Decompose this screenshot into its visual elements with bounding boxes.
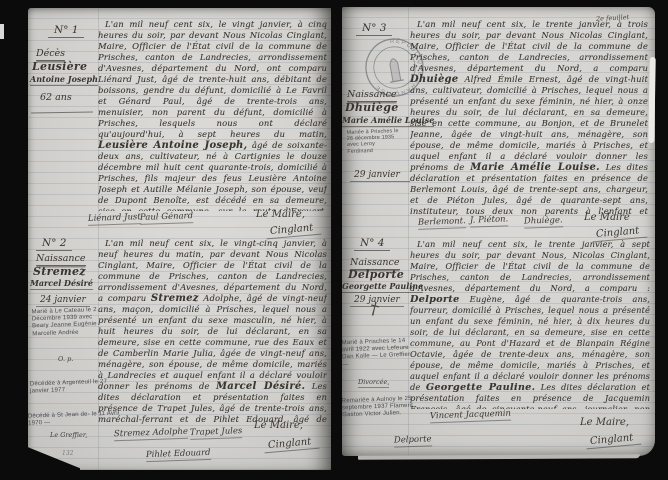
body-name-emphasis: Dhuiège [410, 74, 458, 85]
body-name-emphasis: Georgette Pauline. [426, 382, 535, 393]
record-body-text: L'an mil neuf cent six, le vingt janvier… [98, 19, 327, 211]
left-page: N° 1 Décès Leusière Antoine Joseph 62 an… [28, 8, 331, 470]
mayor-signature: Cinglant [586, 432, 642, 450]
scanned-register-spread: { "meta": { "page_marker": "2e feuillet"… [0, 0, 668, 480]
record-firstnames: Antoine Joseph [30, 74, 98, 86]
record-body-text: L'an mil neuf cent six, le trente janvie… [410, 19, 648, 216]
witness-signature: Liénard Just [88, 212, 141, 226]
witness-signature: Stremez Adolphe [114, 427, 188, 442]
mayor-title: Le Maire, [580, 417, 629, 428]
scan-black-corner [28, 442, 80, 470]
witness-signature: Vincent Jacquemin [430, 409, 511, 424]
witness-signature: Dhuiège. [524, 215, 563, 228]
body-segment: L'an mil neuf cent six, le trente janvie… [410, 19, 648, 73]
body-name-emphasis: Marie Amélie Louise. [470, 162, 600, 173]
body-segment: L'an mil neuf cent six, le vingt janvier… [98, 19, 327, 139]
margin-note-marriage: Marié à Le Cateau le 2 Décembre 1939 ave… [32, 307, 109, 338]
record-firstnames: Marcel Désiré [30, 278, 93, 290]
record-surname: Dhuiège [345, 101, 399, 114]
record-body-text: L'an mil neuf cent six, le trente janvie… [410, 239, 650, 409]
page-stack-edge [358, 454, 640, 459]
seal-figure-icon [389, 58, 401, 82]
margin-note-marriage: Marié à Prisches le 14 avril 1922 avec L… [342, 338, 413, 369]
body-segment: âgé de soixante-deux ans, cultivateur, n… [98, 140, 327, 211]
margin-rule [31, 111, 93, 113]
body-segment: Adolphe, âgé de vingt-neuf ans, maçon, d… [98, 293, 327, 391]
mayor-title: Le Maire, [254, 420, 303, 431]
margin-note-initials: O. p. [58, 356, 73, 364]
witness-signature: Berlemont. [418, 216, 466, 230]
body-name-emphasis: Leusière Antoine Joseph, [98, 140, 247, 151]
body-name-emphasis: Marcel Désiré. [216, 381, 305, 392]
mayor-signature: Cinglant [264, 436, 320, 454]
witness-signature: Delporte [394, 434, 432, 447]
record-number: N° 4 [354, 237, 390, 251]
mayor-signature: Cinglant [266, 222, 322, 240]
margin-note-clerk: Le Greffier, [50, 432, 87, 440]
record-surname: Delporte [348, 268, 404, 281]
margin-note-marriage: Mariée à Prisches le 26 décembre 1935 av… [347, 128, 400, 155]
mayor-title: Le Maire, [256, 209, 305, 220]
mayor-title: Le Maire [584, 212, 630, 223]
record-date: 24 janvier [36, 295, 90, 307]
body-segment: Alfred Émile Ernest, âgé de vingt-huit a… [410, 74, 648, 172]
margin-note-divorce: Divorcée, [358, 379, 389, 388]
body-segment: Eugène, âgé de quarante-trois ans, fourr… [410, 294, 650, 392]
record-number: N° 3 [356, 22, 392, 36]
record-number: N° 2 [36, 237, 72, 251]
record-surname: Leusière [32, 60, 87, 73]
body-segment: L'an mil neuf cent six, le trente janvie… [410, 239, 650, 293]
margin-note-remarriage: Remariée à Aulnoy le 25 septembre 1937 F… [342, 396, 417, 420]
witness-signature: Trapet Jules [190, 426, 243, 440]
body-name-emphasis: Delporte [410, 294, 459, 305]
record-date: 29 janvier [350, 170, 410, 182]
right-page: 2e feuillet N° 3 RÉPUBLIQUE FRANÇAISE Na… [342, 7, 655, 456]
record-age: 62 ans [40, 92, 72, 103]
witness-signature: Paul Génard [140, 211, 194, 225]
record-surname: Stremez [33, 265, 86, 278]
scan-edge-notch [0, 24, 4, 39]
record-number: N° 1 [48, 24, 84, 38]
witness-signature: J. Piéton. [470, 214, 509, 227]
record-body-text: L'an mil neuf cent six, le vingt-cinq ja… [98, 238, 327, 424]
witness-signature: Pihlet Edouard [146, 448, 211, 462]
body-name-emphasis: Stremez [151, 293, 199, 304]
